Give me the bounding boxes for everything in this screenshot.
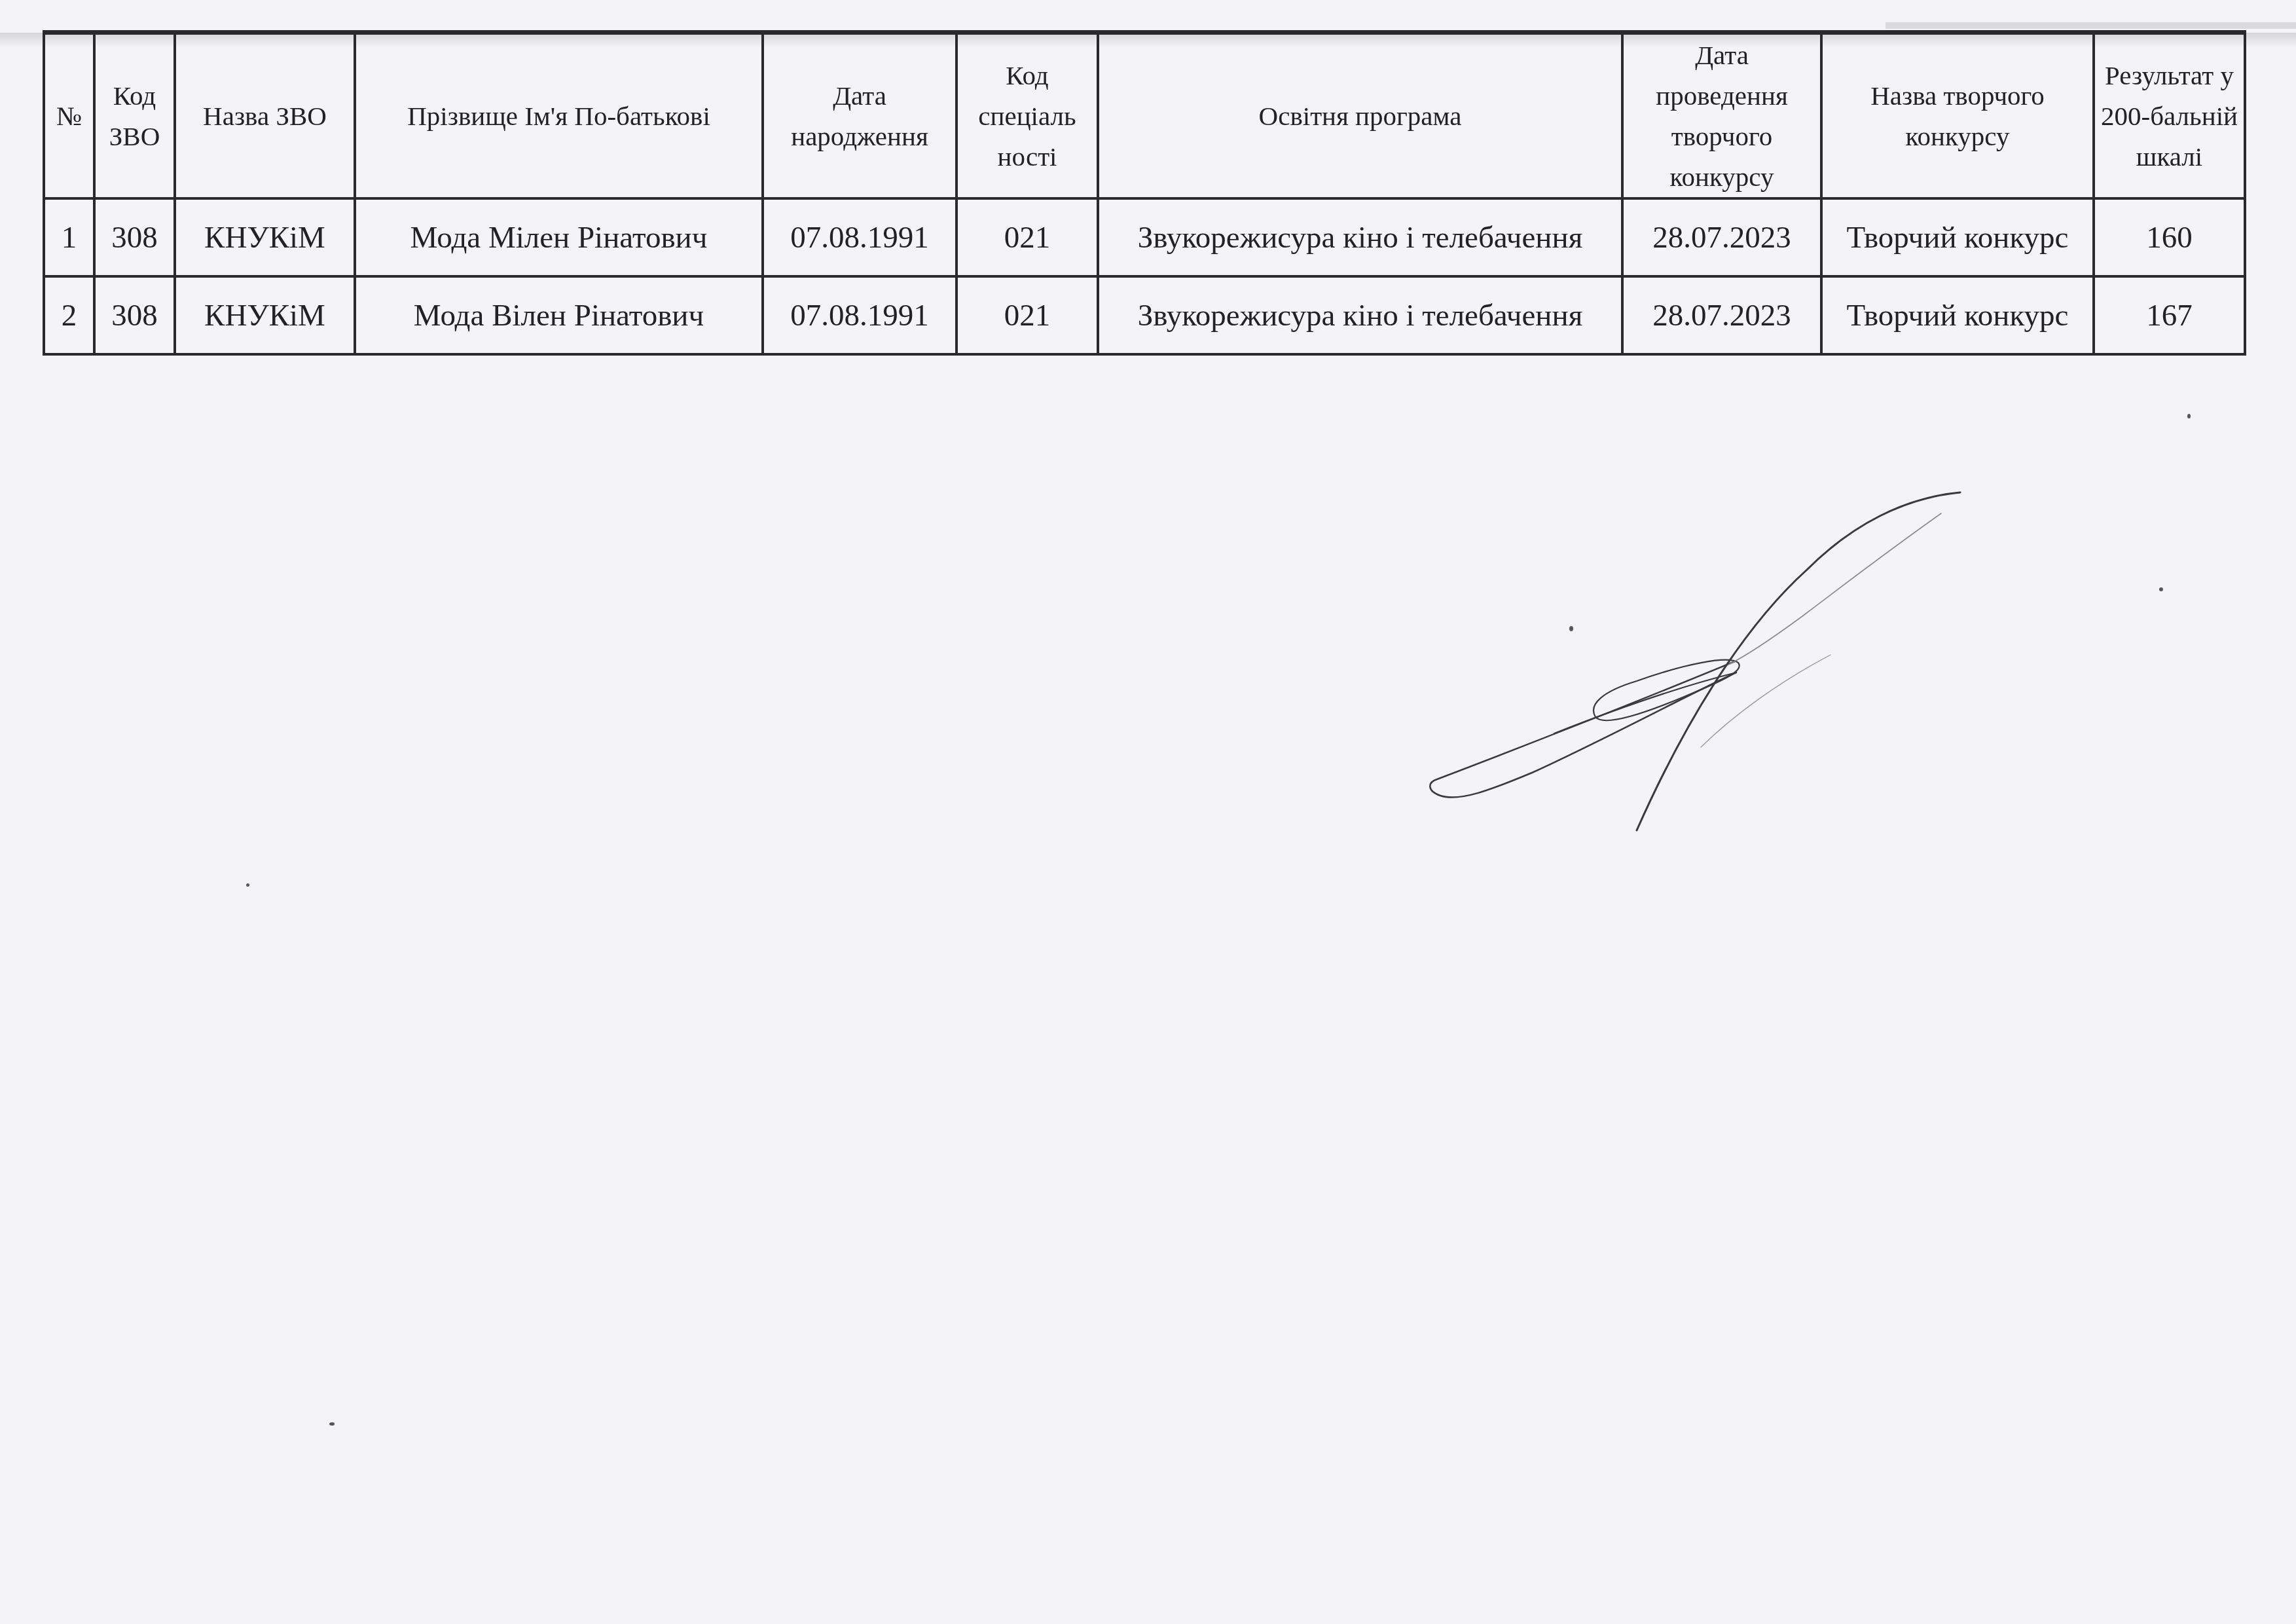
scan-speck xyxy=(329,1422,335,1426)
cell-score: 167 xyxy=(2094,276,2245,354)
cell-full-name: Мода Вілен Рінатович xyxy=(355,276,763,354)
cell-program: Звукорежисура кіно і телебачення xyxy=(1098,198,1622,276)
header-program: Освітня програма xyxy=(1098,33,1622,199)
cell-institution-code: 308 xyxy=(94,276,175,354)
header-contest-name: Назва творчого конкурсу xyxy=(1821,33,2094,199)
header-institution-name: Назва ЗВО xyxy=(175,33,355,199)
cell-birth-date: 07.08.1991 xyxy=(763,198,957,276)
cell-number: 2 xyxy=(44,276,94,354)
table-header-row: № Код ЗВО Назва ЗВО Прізвище Ім'я По-бат… xyxy=(44,33,2245,199)
table-row: 2 308 КНУКіМ Мода Вілен Рінатович 07.08.… xyxy=(44,276,2245,354)
header-institution-code: Код ЗВО xyxy=(94,33,175,199)
results-table: № Код ЗВО Назва ЗВО Прізвище Ім'я По-бат… xyxy=(43,30,2246,356)
scan-speck xyxy=(2159,587,2163,591)
header-number: № xyxy=(44,33,94,199)
cell-contest-name: Творчий конкурс xyxy=(1821,198,2094,276)
scan-speck xyxy=(1569,626,1573,631)
scan-speck xyxy=(2187,414,2191,418)
scan-smudge-right xyxy=(1886,22,2296,29)
cell-institution-code: 308 xyxy=(94,198,175,276)
cell-number: 1 xyxy=(44,198,94,276)
cell-contest-name: Творчий конкурс xyxy=(1821,276,2094,354)
cell-score: 160 xyxy=(2094,198,2245,276)
cell-birth-date: 07.08.1991 xyxy=(763,276,957,354)
cell-contest-date: 28.07.2023 xyxy=(1622,198,1821,276)
header-birth-date: Дата народження xyxy=(763,33,957,199)
scan-speck xyxy=(246,883,249,887)
cell-specialty-code: 021 xyxy=(957,198,1098,276)
cell-full-name: Мода Мілен Рінатович xyxy=(355,198,763,276)
header-specialty-code: Код спеціаль ності xyxy=(957,33,1098,199)
cell-institution-name: КНУКіМ xyxy=(175,276,355,354)
cell-institution-name: КНУКіМ xyxy=(175,198,355,276)
header-score: Результат у 200-бальній шкалі xyxy=(2094,33,2245,199)
cell-specialty-code: 021 xyxy=(957,276,1098,354)
header-full-name: Прізвище Ім'я По-батькові xyxy=(355,33,763,199)
cell-program: Звукорежисура кіно і телебачення xyxy=(1098,276,1622,354)
cell-contest-date: 28.07.2023 xyxy=(1622,276,1821,354)
table-row: 1 308 КНУКіМ Мода Мілен Рінатович 07.08.… xyxy=(44,198,2245,276)
header-contest-date: Дата проведення творчого конкурсу xyxy=(1622,33,1821,199)
